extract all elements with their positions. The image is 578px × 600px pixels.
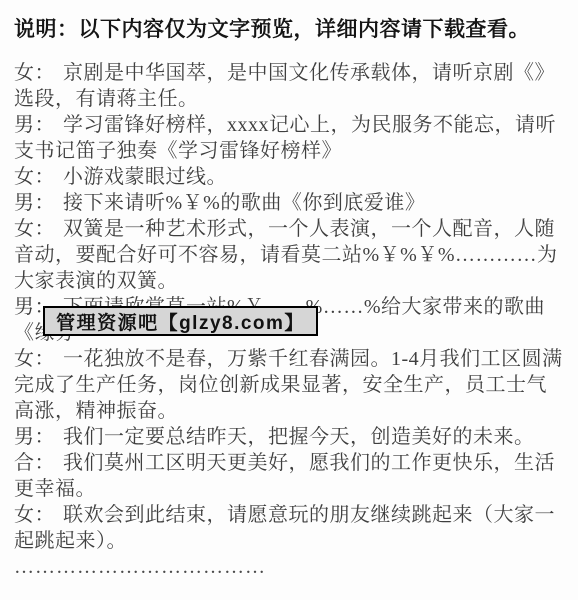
dialogue-text: 双簧是一种艺术形式，一个人表演，一个人配音，人随音动，要配合好可不容易，请看莫二…	[14, 218, 557, 292]
dialogue-line: 女：一花独放不是春，万紫千红春满园。1-4月我们工区圆满完成了生产任务，岗位创新…	[14, 346, 566, 424]
watermark-badge: 管理资源吧【glzy8.com】	[43, 306, 318, 336]
dialogue-text: 小游戏蒙眼过线。	[63, 166, 227, 188]
dialogue-text: 一花独放不是春，万紫千红春满园。1-4月我们工区圆满完成了生产任务，岗位创新成果…	[14, 348, 563, 422]
preview-notice: 说明：以下内容仅为文字预览，详细内容请下载查看。	[14, 16, 566, 44]
dialogue-line: 男：学习雷锋好榜样，xxxx记心上，为民服务不能忘，请听支书记笛子独奏《学习雷锋…	[14, 112, 566, 164]
speaker-label: 女：	[14, 166, 55, 188]
dialogue-text: 联欢会到此结束，请愿意玩的朋友继续跳起来（大家一起跳起来）。	[14, 504, 555, 552]
speaker-label: 女：	[14, 348, 55, 370]
speaker-label: 女：	[14, 62, 55, 84]
dialogue-text: 接下来请听%￥%的歌曲《你到底爱谁》	[63, 192, 425, 214]
speaker-label: 女：	[14, 218, 55, 240]
dialogue-line: 合：我们莫州工区明天更美好，愿我们的工作更快乐，生活更幸福。	[14, 450, 566, 502]
speaker-label: 男：	[14, 114, 55, 136]
dialogue-line: 女：京剧是中华国萃，是中国文化传承载体，请听京剧《》选段，有请蒋主任。	[14, 60, 566, 112]
speaker-label: 合：	[14, 452, 55, 474]
dialogue-line: 男：我们一定要总结昨天，把握今天，创造美好的未来。	[14, 424, 566, 450]
dialogue-line: 女：双簧是一种艺术形式，一个人表演，一个人配音，人随音动，要配合好可不容易，请看…	[14, 216, 566, 294]
dialogue-line: 女：联欢会到此结束，请愿意玩的朋友继续跳起来（大家一起跳起来）。	[14, 502, 566, 554]
trailing-ellipsis: ………………………………	[14, 554, 566, 580]
preview-page: 说明：以下内容仅为文字预览，详细内容请下载查看。 女：京剧是中华国萃，是中国文化…	[0, 0, 578, 600]
speaker-label: 男：	[14, 426, 55, 448]
dialogue-line: 男：接下来请听%￥%的歌曲《你到底爱谁》	[14, 190, 566, 216]
dialogue-text: 我们莫州工区明天更美好，愿我们的工作更快乐，生活更幸福。	[14, 452, 555, 500]
dialogue-text: 学习雷锋好榜样，xxxx记心上，为民服务不能忘，请听支书记笛子独奏《学习雷锋好榜…	[14, 114, 556, 162]
speaker-label: 男：	[14, 192, 55, 214]
speaker-label: 女：	[14, 504, 55, 526]
dialogue-text: 我们一定要总结昨天，把握今天，创造美好的未来。	[63, 426, 535, 448]
dialogue-line: 女：小游戏蒙眼过线。	[14, 164, 566, 190]
dialogue-text: 京剧是中华国萃，是中国文化传承载体，请听京剧《》选段，有请蒋主任。	[14, 62, 555, 110]
